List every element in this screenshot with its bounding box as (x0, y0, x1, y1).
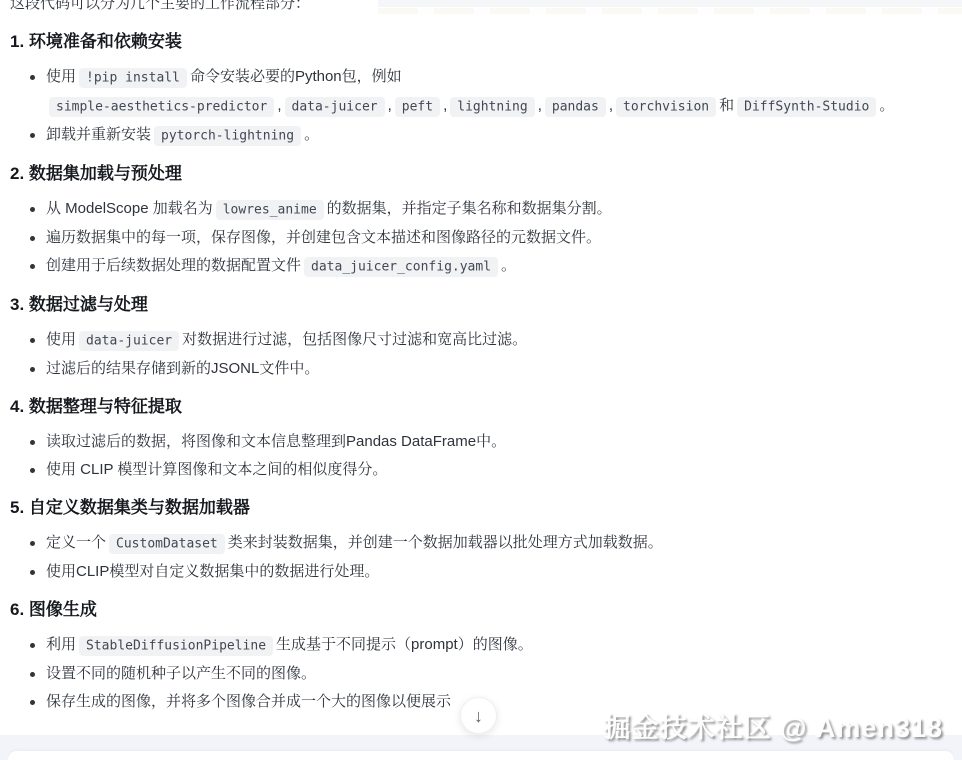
inline-code: data_juicer_config.yaml (304, 257, 498, 277)
bullet-text: 类来封装数据集，并创建一个数据加载器以批处理方式加载数据。 (228, 534, 663, 551)
bullet-text: 。 (304, 126, 319, 143)
bullet-text: 命令安装必要的Python包，例如 (190, 68, 402, 85)
bullet-text: 过滤后的结果存储到新的JSONL文件中。 (46, 360, 319, 377)
bullet-item: 使用data-juicer对数据进行过滤，包括图像尺寸过滤和宽高比过滤。 (46, 326, 938, 355)
inline-code: DiffSynth-Studio (737, 97, 876, 117)
inline-code: peft (395, 97, 440, 117)
bullet-text: 使用 (46, 331, 76, 348)
bullet-text: 对数据进行过滤，包括图像尺寸过滤和宽高比过滤。 (182, 331, 527, 348)
bullet-text: , (443, 97, 447, 114)
inline-code: torchvision (616, 97, 716, 117)
chat-response-view: 这段代码可以分为几个主要的工作流程部分： 1. 环境准备和依赖安装使用!pip … (0, 0, 962, 760)
section-heading: 5. 自定义数据集类与数据加载器 (10, 497, 938, 519)
watermark: 掘金技术社区 @ Amen318 (604, 706, 943, 745)
inline-code: pandas (545, 97, 606, 117)
section-heading: 3. 数据过滤与处理 (10, 294, 938, 316)
inline-code: pytorch-lightning (154, 126, 301, 146)
bullet-item: 创建用于后续数据处理的数据配置文件data_juicer_config.yaml… (46, 252, 938, 281)
bullet-text: 设置不同的随机种子以产生不同的图像。 (46, 665, 316, 682)
bullet-text: 。 (879, 97, 894, 114)
section-heading: 1. 环境准备和依赖安装 (10, 31, 938, 53)
inline-code: CustomDataset (109, 534, 225, 554)
inline-code: data-juicer (285, 97, 385, 117)
bullet-text: 读取过滤后的数据，将图像和文本信息整理到Pandas DataFrame中。 (46, 433, 506, 450)
chat-input-box[interactable] (8, 751, 954, 760)
bullet-text: 利用 (46, 636, 76, 653)
bullet-item: 从 ModelScope 加载名为lowres_anime的数据集，并指定子集名… (46, 195, 938, 224)
bullet-text: , (609, 97, 613, 114)
bullet-text: , (388, 97, 392, 114)
bullet-item: 遍历数据集中的每一项，保存图像，并创建包含文本描述和图像路径的元数据文件。 (46, 224, 938, 252)
inline-code: !pip install (79, 68, 187, 88)
inline-code: data-juicer (79, 331, 179, 351)
section-heading: 2. 数据集加载与预处理 (10, 163, 938, 185)
bullet-text: 从 ModelScope 加载名为 (46, 200, 213, 217)
bullet-text: 和 (719, 97, 734, 114)
bullet-item: 利用StableDiffusionPipeline生成基于不同提示（prompt… (46, 631, 938, 660)
inline-code: lightning (450, 97, 534, 117)
inline-code: lowres_anime (216, 200, 324, 220)
bullet-text: 创建用于后续数据处理的数据配置文件 (46, 257, 301, 274)
bullet-text: 。 (501, 257, 516, 274)
bullet-item: 定义一个CustomDataset类来封装数据集，并创建一个数据加载器以批处理方… (46, 529, 938, 558)
section-bullet-list: 使用data-juicer对数据进行过滤，包括图像尺寸过滤和宽高比过滤。过滤后的… (10, 326, 938, 383)
bullet-text: 使用CLIP模型对自定义数据集中的数据进行处理。 (46, 563, 379, 580)
bullet-item: 过滤后的结果存储到新的JSONL文件中。 (46, 355, 938, 383)
bullet-text: , (538, 97, 542, 114)
bullet-text: 保存生成的图像，并将多个图像合并成一个大的图像以便展示 (46, 693, 451, 710)
arrow-down-icon: ↓ (474, 707, 483, 725)
bullet-item: 使用 CLIP 模型计算图像和文本之间的相似度得分。 (46, 456, 938, 484)
workflow-sections: 1. 环境准备和依赖安装使用!pip install命令安装必要的Python包… (10, 31, 938, 716)
bullet-item: 设置不同的随机种子以产生不同的图像。 (46, 660, 938, 688)
bullet-text: 使用 CLIP 模型计算图像和文本之间的相似度得分。 (46, 461, 387, 478)
section-heading: 6. 图像生成 (10, 599, 938, 621)
bullet-text: 卸载并重新安装 (46, 126, 151, 143)
bullet-item: 读取过滤后的数据，将图像和文本信息整理到Pandas DataFrame中。 (46, 428, 938, 456)
markdown-content: 这段代码可以分为几个主要的工作流程部分： 1. 环境准备和依赖安装使用!pip … (0, 0, 962, 716)
section-bullet-list: 定义一个CustomDataset类来封装数据集，并创建一个数据加载器以批处理方… (10, 529, 938, 586)
bullet-item: 卸载并重新安装pytorch-lightning。 (46, 121, 938, 150)
bullet-item: 使用CLIP模型对自定义数据集中的数据进行处理。 (46, 558, 938, 586)
bullet-text: 定义一个 (46, 534, 106, 551)
inline-code: simple-aesthetics-predictor (49, 97, 274, 117)
bullet-text: 生成基于不同提示（prompt）的图像。 (276, 636, 533, 653)
bullet-text: 使用 (46, 68, 76, 85)
section-bullet-list: 从 ModelScope 加载名为lowres_anime的数据集，并指定子集名… (10, 195, 938, 281)
intro-line: 这段代码可以分为几个主要的工作流程部分： (10, 0, 938, 15)
section-bullet-list: 读取过滤后的数据，将图像和文本信息整理到Pandas DataFrame中。使用… (10, 428, 938, 484)
bullet-text: 的数据集，并指定子集名称和数据集分割。 (327, 200, 612, 217)
section-bullet-list: 使用!pip install命令安装必要的Python包，例如simple-ae… (10, 63, 938, 150)
bullet-text: 遍历数据集中的每一项，保存图像，并创建包含文本描述和图像路径的元数据文件。 (46, 229, 601, 246)
bullet-text: , (277, 97, 281, 114)
bullet-item: 使用!pip install命令安装必要的Python包，例如simple-ae… (46, 63, 938, 121)
inline-code: StableDiffusionPipeline (79, 636, 273, 656)
section-heading: 4. 数据整理与特征提取 (10, 396, 938, 418)
scroll-to-bottom-button[interactable]: ↓ (460, 697, 497, 734)
